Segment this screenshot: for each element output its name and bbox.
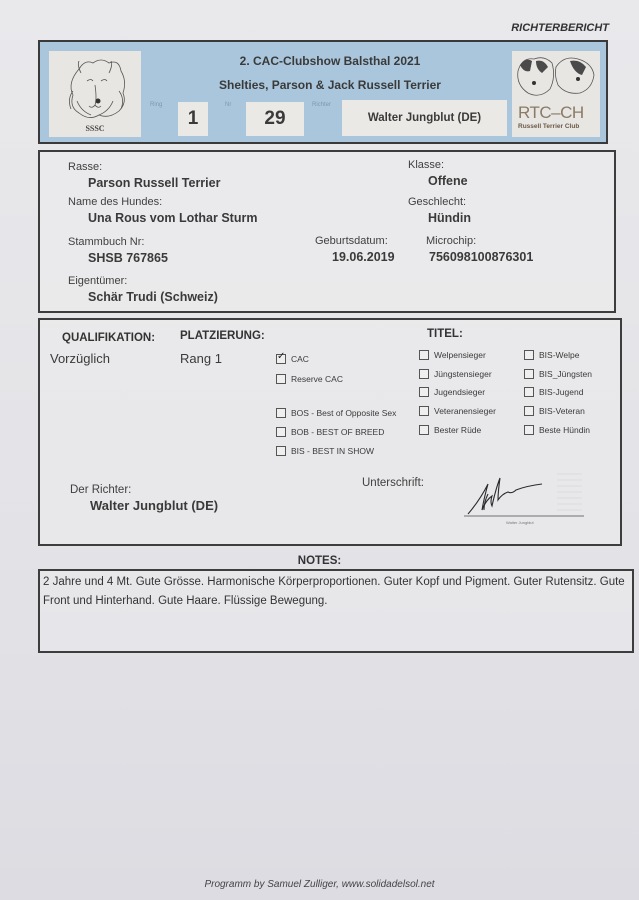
checkbox-welpensieger[interactable]: Welpensieger	[419, 345, 496, 364]
ring-label: Ring	[150, 102, 162, 108]
checkbox-bis[interactable]: BIS - BEST IN SHOW	[276, 441, 396, 460]
award-list: CAC Reserve CAC BOS - Best of Opposite S…	[276, 349, 396, 460]
checkbox-bis-jugend[interactable]: BIS-Jugend	[524, 383, 592, 401]
sheltie-drawing-icon	[49, 51, 141, 125]
event-header: SSSC 2. CAC-Clubshow Balsthal 2021 Shelt…	[38, 40, 608, 144]
geburtsdatum-value: 19.06.2019	[332, 250, 395, 264]
qualifikation-label: QUALIFIKATION:	[62, 332, 155, 344]
microchip-value: 756098100876301	[429, 250, 533, 264]
titles-column-2: BIS-Welpe BIS_Jüngsten BIS-Jugend BIS-Ve…	[524, 345, 592, 439]
geburtsdatum-label: Geburtsdatum:	[315, 235, 388, 247]
unterschrift-label: Unterschrift:	[362, 477, 424, 489]
notes-box: 2 Jahre und 4 Mt. Gute Grösse. Harmonisc…	[38, 569, 634, 653]
checkbox-bis-veteran[interactable]: BIS-Veteran	[524, 401, 592, 420]
catalog-number: 29	[246, 102, 304, 136]
checkbox-icon[interactable]	[419, 425, 429, 435]
stammbuch-value: SHSB 767865	[88, 251, 168, 265]
checkbox-bester-ruede[interactable]: Bester Rüde	[419, 420, 496, 439]
dog-name-label: Name des Hundes:	[68, 196, 162, 208]
checkbox-icon[interactable]	[524, 406, 534, 416]
platzierung-label: PLATZIERUNG:	[180, 330, 265, 342]
richter-label: Der Richter:	[70, 484, 131, 496]
checkbox-veteranensieger[interactable]: Veteranensieger	[419, 401, 496, 420]
checkbox-bos[interactable]: BOS - Best of Opposite Sex	[276, 403, 396, 422]
judge-name-box: Walter Jungblut (DE)	[342, 100, 507, 136]
checkbox-cac[interactable]: CAC	[276, 349, 396, 369]
checkbox-icon[interactable]	[276, 408, 286, 418]
rtc-ch-logo: RTC–CH Russell Terrier Club	[512, 51, 600, 137]
checkbox-bis-juengsten[interactable]: BIS_Jüngsten	[524, 364, 592, 383]
stammbuch-label: Stammbuch Nr:	[68, 236, 144, 248]
checkbox-icon[interactable]	[276, 354, 286, 364]
titel-label: TITEL:	[427, 328, 463, 340]
geschlecht-value: Hündin	[428, 211, 471, 225]
checkbox-juengstensieger[interactable]: Jüngstensieger	[419, 364, 496, 383]
sssc-caption: SSSC	[49, 124, 141, 133]
rasse-label: Rasse:	[68, 161, 102, 173]
event-name: 2. CAC-Clubshow Balsthal 2021	[150, 54, 510, 68]
platzierung-value: Rang 1	[180, 351, 222, 366]
event-breeds: Shelties, Parson & Jack Russell Terrier	[150, 78, 510, 92]
checkbox-icon[interactable]	[276, 374, 286, 384]
nr-label: Nr	[225, 102, 231, 108]
geschlecht-label: Geschlecht:	[408, 196, 466, 208]
judge-label: Richter	[312, 102, 331, 108]
sssc-logo: SSSC	[49, 51, 141, 137]
checkbox-icon[interactable]	[524, 350, 534, 360]
titles-column-1: Welpensieger Jüngstensieger Jugendsieger…	[419, 345, 496, 439]
checkbox-icon[interactable]	[276, 427, 286, 437]
svg-text:Walter Jungblut: Walter Jungblut	[506, 520, 535, 525]
eigentuemer-label: Eigentümer:	[68, 275, 127, 287]
klasse-label: Klasse:	[408, 159, 444, 171]
checkbox-icon[interactable]	[524, 425, 534, 435]
terrier-drawing-icon	[512, 51, 600, 103]
rtc-ch-subtitle: Russell Terrier Club	[518, 123, 579, 130]
qualifikation-value: Vorzüglich	[50, 351, 110, 366]
checkbox-icon[interactable]	[419, 350, 429, 360]
checkbox-reserve-cac[interactable]: Reserve CAC	[276, 369, 396, 389]
dog-info-panel: Rasse: Parson Russell Terrier Name des H…	[38, 150, 616, 313]
checkbox-icon[interactable]	[276, 446, 286, 456]
checkbox-icon[interactable]	[524, 387, 534, 397]
checkbox-icon[interactable]	[419, 406, 429, 416]
checkbox-icon[interactable]	[419, 387, 429, 397]
rtc-ch-wordmark: RTC–CH	[518, 103, 584, 123]
checkbox-bob[interactable]: BOB - BEST OF BREED	[276, 422, 396, 441]
ring-number: 1	[178, 102, 208, 136]
eigentuemer-value: Schär Trudi (Schweiz)	[88, 290, 218, 304]
signature-scribble-icon: Walter Jungblut	[462, 466, 587, 528]
richter-value: Walter Jungblut (DE)	[90, 498, 218, 513]
rasse-value: Parson Russell Terrier	[88, 176, 220, 190]
klasse-value: Offene	[428, 174, 468, 188]
signature: Walter Jungblut	[462, 466, 587, 528]
checkbox-beste-huendin[interactable]: Beste Hündin	[524, 420, 592, 439]
checkbox-icon[interactable]	[419, 369, 429, 379]
footer-credit: Programm by Samuel Zulliger, www.solidad…	[0, 879, 639, 890]
checkbox-jugendsieger[interactable]: Jugendsieger	[419, 383, 496, 401]
dog-name-value: Una Rous vom Lothar Sturm	[88, 211, 257, 225]
checkbox-bis-welpe[interactable]: BIS-Welpe	[524, 345, 592, 364]
checkbox-icon[interactable]	[524, 369, 534, 379]
notes-label: NOTES:	[0, 555, 639, 567]
microchip-label: Microchip:	[426, 235, 476, 247]
notes-text: 2 Jahre und 4 Mt. Gute Grösse. Harmonisc…	[43, 573, 629, 611]
report-title: RICHTERBERICHT	[511, 22, 609, 34]
